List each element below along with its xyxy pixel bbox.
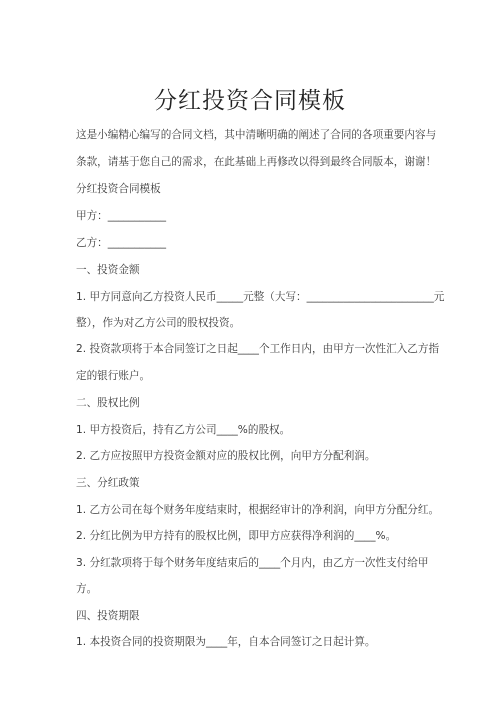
document-page: 分红投资合同模板 这是小编精心编写的合同文档，其中清晰明确的阐述了合同的各项重要… <box>0 0 500 707</box>
document-line: 1. 乙方公司在每个财务年度结束时，根据经审计的净利润，向甲方分配分红。 <box>76 503 426 517</box>
document-line: 整），作为对乙方公司的股权投资。 <box>76 316 426 330</box>
document-line: 条款，请基于您自己的需求，在此基础上再修改以得到最终合同版本，谢谢！ <box>76 155 426 169</box>
document-line: 3. 分红款项将于每个财务年度结束后的____个月内，由乙方一次性支付给甲 <box>76 556 426 570</box>
document-line: 一、投资金额 <box>76 263 426 277</box>
document-line: 1. 甲方投资后，持有乙方公司____%的股权。 <box>76 423 426 437</box>
document-line: 这是小编精心编写的合同文档，其中清晰明确的阐述了合同的各项重要内容与 <box>76 128 426 142</box>
document-line: 2. 投资款项将于本合同签订之日起____个工作日内，由甲方一次性汇入乙方指 <box>76 342 426 356</box>
document-title: 分红投资合同模板 <box>0 82 500 115</box>
document-line: 二、股权比例 <box>76 396 426 410</box>
document-line: 分红投资合同模板 <box>76 182 426 196</box>
document-line: 四、投资期限 <box>76 609 426 623</box>
document-line: 方。 <box>76 582 426 596</box>
document-line: 1. 甲方同意向乙方投资人民币_____元整（大写：______________… <box>76 290 426 304</box>
document-line: 乙方：___________ <box>76 236 426 250</box>
document-line: 定的银行账户。 <box>76 369 426 383</box>
document-line: 2. 乙方应按照甲方投资金额对应的股权比例，向甲方分配利润。 <box>76 449 426 463</box>
document-line: 1. 本投资合同的投资期限为____年，自本合同签订之日起计算。 <box>76 635 426 649</box>
document-line: 2. 分红比例为甲方持有的股权比例，即甲方应获得净利润的____%。 <box>76 529 426 543</box>
document-line: 甲方：___________ <box>76 209 426 223</box>
document-line: 三、分红政策 <box>76 476 426 490</box>
